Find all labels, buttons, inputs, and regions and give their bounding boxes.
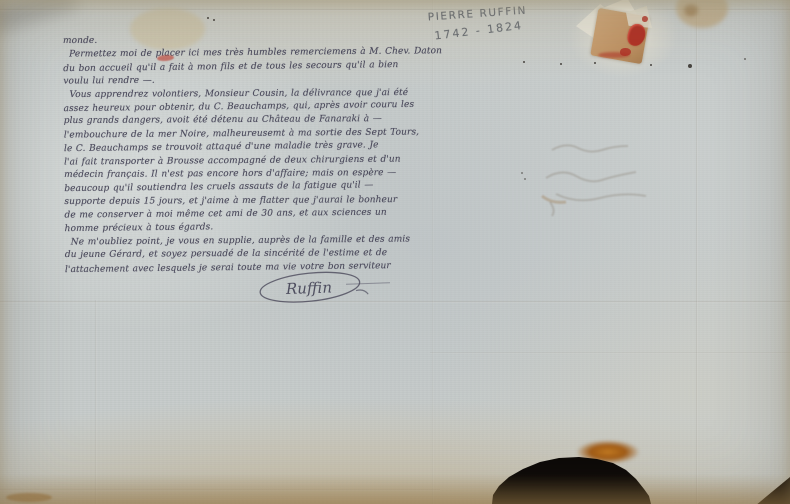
ink-speck	[524, 178, 526, 180]
wax-spot	[642, 16, 648, 22]
ink-speck	[650, 64, 652, 66]
ink-speck	[560, 63, 562, 65]
burn-hole	[483, 446, 665, 504]
ink-showthrough	[532, 136, 682, 226]
letter-line: plus grands dangers, avoit été détenu au…	[64, 113, 410, 129]
letter-text: monde. Permettez moi de placer ici mes t…	[63, 32, 411, 276]
ink-speck	[744, 58, 746, 60]
ink-speck	[207, 17, 209, 19]
manuscript-photo: monde. Permettez moi de placer ici mes t…	[0, 0, 790, 504]
pencil-annotation: PIERRE RUFFIN 1742 - 1824	[428, 6, 528, 38]
ink-speck	[688, 64, 692, 68]
ink-speck	[213, 19, 215, 21]
ink-speck	[523, 61, 525, 63]
letter-line: supporte depuis 15 jours, et j'aime à me…	[64, 194, 410, 210]
ink-speck	[594, 62, 596, 64]
signature-block: Ruffin	[255, 264, 377, 316]
ink-speck	[521, 172, 523, 174]
wax-smear	[598, 52, 630, 58]
signature-text: Ruffin	[285, 278, 333, 298]
letter-line: monde.	[63, 33, 409, 49]
signature-flourish: Ruffin	[255, 264, 376, 312]
wax-seal	[568, 0, 678, 78]
